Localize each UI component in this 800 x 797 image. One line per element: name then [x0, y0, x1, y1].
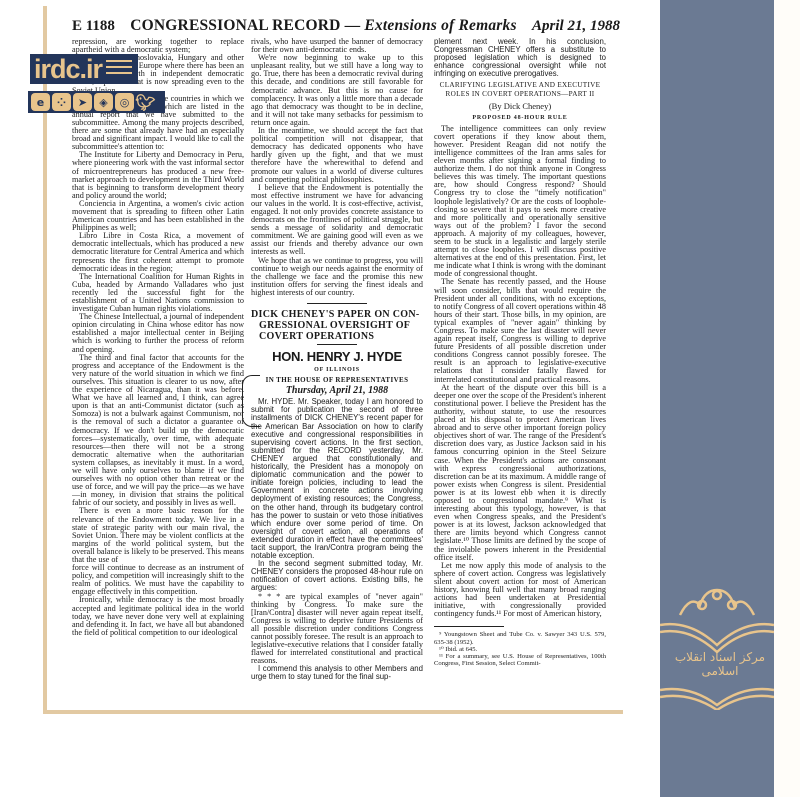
paragraph: In the meantime, we should accept the fa… — [251, 127, 423, 184]
paragraph: There is even a more basic reason for th… — [72, 507, 244, 564]
page-margin — [774, 0, 800, 797]
twitter-icon[interactable]: 🐦︎ — [136, 93, 155, 111]
page-number: E 1188 — [72, 18, 115, 35]
paragraph: Conciencia in Argentina, a women's civic… — [72, 200, 244, 232]
byline: (By Dick Cheney) — [434, 102, 606, 110]
headline-line-1: DICK CHENEY'S PAPER ON CON- — [251, 309, 419, 320]
paragraph: Let me now apply this mode of analysis t… — [434, 562, 606, 619]
social-icons-bar: e ⁘ ➤ ◈ ◎ 🐦︎ — [28, 91, 165, 113]
publication-title: CONGRESSIONAL RECORD — Extensions of Rem… — [130, 17, 516, 35]
footnote: ¹¹ For a summary, see U.S. House of Repr… — [434, 653, 606, 667]
divider — [307, 303, 367, 304]
headline-line-2: GRESSIONAL OVERSIGHT OF COVERT OPERATION… — [251, 320, 423, 342]
issue-date: April 21, 1988 — [532, 18, 620, 35]
paragraph: In the second segment submitted today, M… — [251, 560, 423, 592]
paragraph: I believe that the Endowment is potentia… — [251, 184, 423, 257]
column-1: repression, are working together to repl… — [72, 38, 244, 700]
paragraph: We hope that as we continue to progress,… — [251, 257, 423, 297]
logo-lines-icon — [106, 60, 132, 78]
telegram-icon[interactable]: ➤ — [73, 93, 92, 111]
paragraph: rivals, who have usurped the banner of d… — [251, 38, 423, 54]
masthead: E 1188 CONGRESSIONAL RECORD — Extensions… — [72, 17, 620, 37]
paragraph: We're now beginning to wake up to this u… — [251, 54, 423, 127]
speaker-name: HON. HENRY J. HYDE — [251, 349, 423, 365]
subhead-line-1: CLARIFYING LEGISLATIVE AND EXECUTIVE — [434, 81, 606, 90]
paragraph: The International Coalition for Human Ri… — [72, 273, 244, 313]
archive-banner: مرکز اسناد انقلاب اسلامی — [660, 0, 774, 797]
book-emblem-icon — [660, 580, 774, 710]
irdc-logo[interactable]: irdc.ir — [30, 54, 138, 84]
dateline: Thursday, April 21, 1988 — [251, 387, 423, 395]
paragraph: repression, are working together to repl… — [72, 38, 244, 54]
paragraph: plement next week. In his conclusion, Co… — [434, 38, 606, 78]
paragraph: The third and final factor that accounts… — [72, 354, 244, 508]
publication-name: CONGRESSIONAL RECORD — [130, 17, 340, 34]
section-name: Extensions of Remarks — [364, 17, 516, 34]
rubika-icon[interactable]: ◈ — [94, 93, 113, 111]
paragraph: At the heart of the dispute over this bi… — [434, 384, 606, 562]
quoted-paragraph: * * * are typical examples of "never aga… — [251, 593, 423, 666]
article-subhead: CLARIFYING LEGISLATIVE AND EXECUTIVE ROL… — [434, 81, 606, 99]
paragraph: Libro Libre in Costa Rica, a movement of… — [72, 232, 244, 272]
divider — [317, 344, 357, 345]
column-2: rivals, who have usurped the banner of d… — [251, 38, 423, 700]
instagram-icon[interactable]: ◎ — [115, 93, 134, 111]
logo-text: irdc.ir — [34, 55, 102, 83]
archive-caption: مرکز اسناد انقلاب اسلامی — [670, 650, 770, 678]
paragraph: The intelligence committees can only rev… — [434, 125, 606, 279]
speaker-state: OF ILLINOIS — [251, 366, 423, 374]
subhead-line-2: ROLES IN COVERT OPERATIONS—PART II — [434, 90, 606, 99]
chamber: IN THE HOUSE OF REPRESENTATIVES — [251, 376, 423, 384]
footnotes: ⁹ Youngstown Sheet and Tube Co. v. Sawye… — [434, 631, 606, 667]
paragraph: Ironically, while democracy is the most … — [72, 596, 244, 636]
paragraph: I commend this analysis to other Members… — [251, 665, 423, 681]
section-heading: PROPOSED 48-HOUR RULE — [434, 114, 606, 122]
paragraph: force will continue to decrease as an in… — [72, 564, 244, 596]
bale-icon[interactable]: ⁘ — [52, 93, 71, 111]
paragraph: The Senate has recently passed, and the … — [434, 278, 606, 383]
column-3: plement next week. In his conclusion, Co… — [434, 38, 606, 700]
footnote: ¹⁰ Ibid. at 645. — [434, 646, 606, 653]
footnote-divider — [434, 626, 504, 627]
paragraph: The Chinese Intellectual, a journal of i… — [72, 313, 244, 353]
paragraph: Mr. HYDE. Mr. Speaker, today I am honore… — [251, 398, 423, 560]
eitaa-icon[interactable]: e — [31, 93, 50, 111]
footnote: ⁹ Youngstown Sheet and Tube Co. v. Sawye… — [434, 631, 606, 645]
paragraph: The Institute for Liberty and Democracy … — [72, 151, 244, 200]
article-headline: DICK CHENEY'S PAPER ON CON- GRESSIONAL O… — [251, 309, 423, 342]
